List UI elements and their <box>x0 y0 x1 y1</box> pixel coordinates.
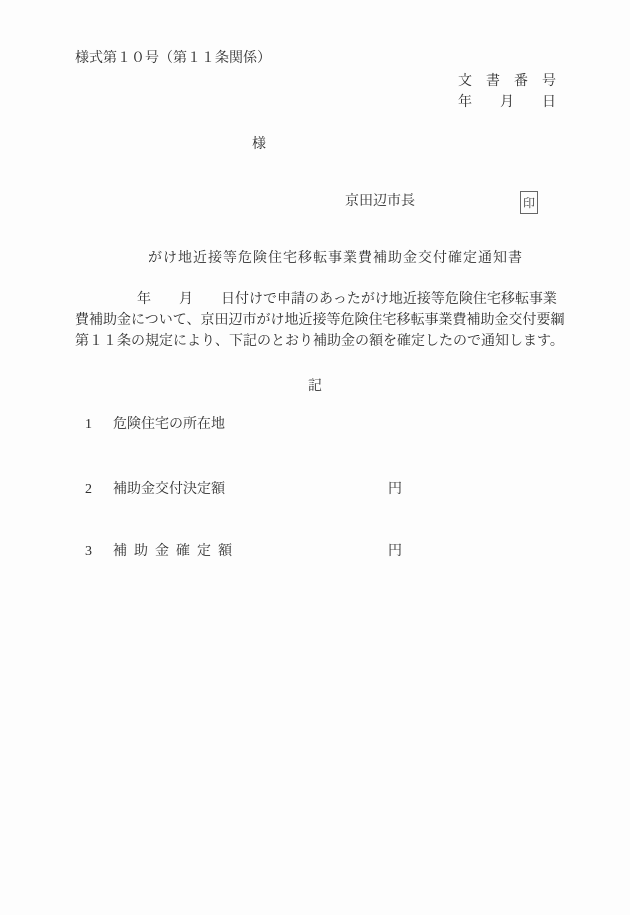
body-paragraph-line-1: 年 月 日付けで申請のあったがけ地近接等危険住宅移転事業 <box>137 293 557 307</box>
seal-placeholder-box: 印 <box>520 191 538 214</box>
item-label-grant-confirmed-amount: 補助金確定額 <box>113 545 239 559</box>
item-number: 1 <box>85 418 92 432</box>
item-unit-yen: 円 <box>388 483 402 497</box>
item-label-grant-decision-amount: 補助金交付決定額 <box>113 483 225 497</box>
item-unit-yen: 円 <box>388 545 402 559</box>
addressee-honorific: 様 <box>252 138 266 152</box>
sender-name: 京田辺市長 <box>345 195 415 209</box>
form-number: 様式第１０号（第１１条関係） <box>75 52 271 66</box>
seal-label: 印 <box>523 197 535 209</box>
document-number-label: 文 書 番 号 <box>458 75 556 89</box>
item-number: 2 <box>85 483 92 497</box>
body-paragraph-line-2: 費補助金について、京田辺市がけ地近接等危険住宅移転事業費補助金交付要綱 <box>75 314 564 328</box>
item-label-dangerous-house-location: 危険住宅の所在地 <box>113 418 225 432</box>
document-title: がけ地近接等危険住宅移転事業費補助金交付確定通知書 <box>148 252 523 266</box>
document-page: 様式第１０号（第１１条関係） 文 書 番 号 年 月 日 様 京田辺市長 印 が… <box>0 0 630 915</box>
item-number: 3 <box>85 545 92 559</box>
date-blank-line: 年 月 日 <box>458 96 556 110</box>
list-marker-ki: 記 <box>0 380 630 394</box>
body-paragraph-line-3: 第１１条の規定により、下記のとおり補助金の額を確定したので通知します。 <box>75 335 564 349</box>
